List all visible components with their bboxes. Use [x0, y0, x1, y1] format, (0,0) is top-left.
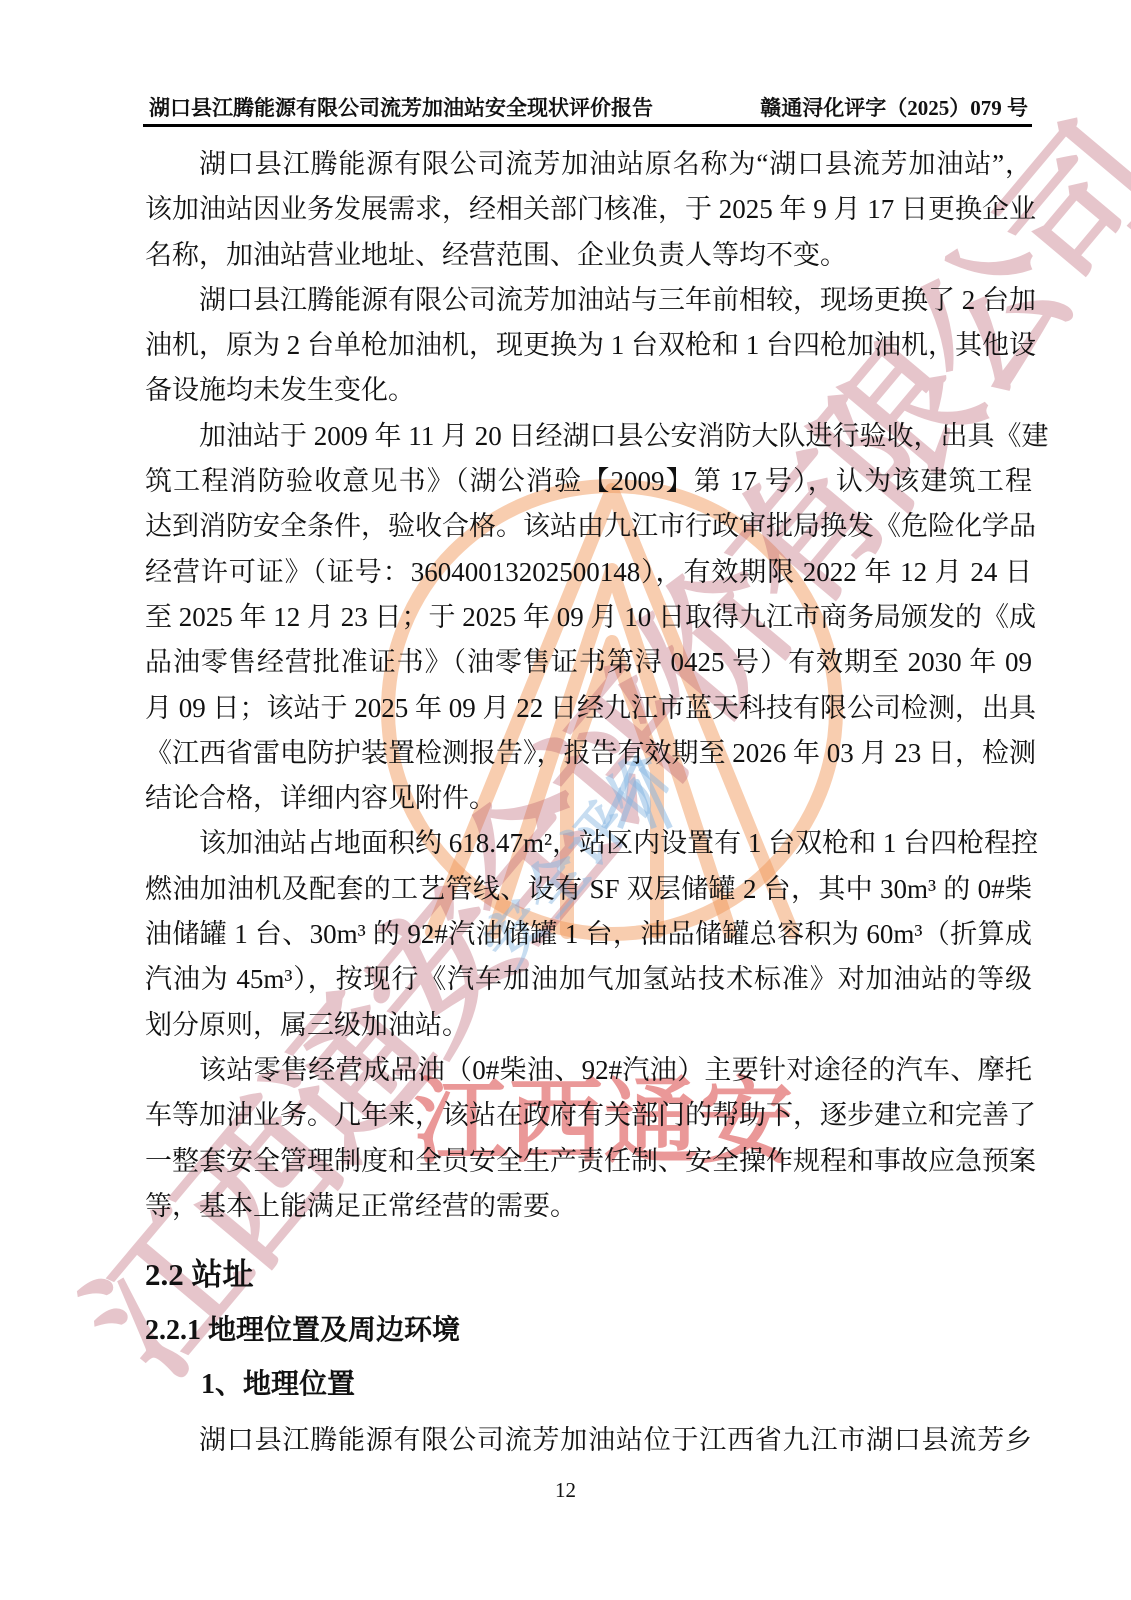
body-text-line: 筑工程消防验收意见书》（湖公消验【2009】第 17 号），认为该建筑工程: [145, 459, 1032, 504]
body-text-line: 一整套安全管理制度和全员安全生产责任制、安全操作规程和事故应急预案: [145, 1139, 1032, 1184]
header-rule: [143, 124, 1032, 127]
body-text-line: 车等加油业务。几年来，该站在政府有关部门的帮助下，逐步建立和完善了: [145, 1093, 1032, 1138]
body-text-line: 该站零售经营成品油（0#柴油、92#汽油）主要针对途径的汽车、摩托: [145, 1048, 1032, 1093]
page-header: 湖口县江腾能源有限公司流芳加油站安全现状评价报告 赣通浔化评字（2025）079…: [143, 92, 1032, 124]
header-report-title: 湖口县江腾能源有限公司流芳加油站安全现状评价报告: [149, 92, 653, 122]
body-text-line: 湖口县江腾能源有限公司流芳加油站原名称为“湖口县流芳加油站”，: [145, 142, 1032, 187]
body-text-line: 油储罐 1 台、30m³ 的 92#汽油储罐 1 台，油品储罐总容积为 60m³…: [145, 912, 1032, 957]
body-text-line: 该加油站占地面积约 618.47m²，站区内设置有 1 台双枪和 1 台四枪程控: [145, 821, 1032, 866]
body-text-line: 加油站于 2009 年 11 月 20 日经湖口县公安消防大队进行验收，出具《建: [145, 414, 1032, 459]
body-text-line: 划分原则，属三级加油站。: [145, 1003, 1032, 1048]
body-text-line: 油机，原为 2 台单枪加油机，现更换为 1 台双枪和 1 台四枪加油机，其他设: [145, 323, 1032, 368]
body-text-line: 汽油为 45m³），按现行《汽车加油加气加氢站技术标准》对加油站的等级: [145, 957, 1032, 1002]
body-text-line: 等，基本上能满足正常经营的需要。: [145, 1184, 1032, 1229]
header-document-number: 赣通浔化评字（2025）079 号: [760, 92, 1028, 122]
section-heading-2-2: 2.2 站址: [145, 1255, 1032, 1295]
body-text-line: 结论合格，详细内容见附件。: [145, 776, 1032, 821]
section-heading-2-2-1: 2.2.1 地理位置及周边环境: [145, 1311, 1032, 1351]
body-text-line: 燃油加油机及配套的工艺管线、设有 SF 双层储罐 2 台，其中 30m³ 的 0…: [145, 867, 1032, 912]
body-text-line: 至 2025 年 12 月 23 日；于 2025 年 09 月 10 日取得九…: [145, 595, 1032, 640]
body-text-line: 该加油站因业务发展需求，经相关部门核准，于 2025 年 9 月 17 日更换企…: [145, 187, 1032, 232]
body-text-line: 月 09 日；该站于 2025 年 09 月 22 日经九江市蓝天科技有限公司检…: [145, 686, 1032, 731]
body-text-line: 《江西省雷电防护装置检测报告》，报告有效期至 2026 年 03 月 23 日，…: [145, 731, 1032, 776]
body-text-line: 达到消防安全条件，验收合格。该站由九江市行政审批局换发《危险化学品: [145, 504, 1032, 549]
body-text-line: 湖口县江腾能源有限公司流芳加油站位于江西省九江市湖口县流芳乡: [145, 1418, 1032, 1463]
body-text-line: 湖口县江腾能源有限公司流芳加油站与三年前相较，现场更换了 2 台加: [145, 278, 1032, 323]
body-text-line: 备设施均未发生变化。: [145, 368, 1032, 413]
body-text-line: 品油零售经营批准证书》（油零售证书第浔 0425 号）有效期至 2030 年 0…: [145, 640, 1032, 685]
page-number: 12: [0, 1478, 1131, 1503]
subheading-geographic-location: 1、地理位置: [145, 1365, 1032, 1405]
body-text-line: 经营许可证》（证号：36040013202500148），有效期限 2022 年…: [145, 550, 1032, 595]
document-page: 江西通安全评价有限公司 安全评价 江西通安 湖口县江腾能源有限公司流芳加油站安全…: [0, 0, 1131, 1600]
body-content: 湖口县江腾能源有限公司流芳加油站原名称为“湖口县流芳加油站”， 该加油站因业务发…: [145, 142, 1032, 1463]
body-text-line: 名称，加油站营业地址、经营范围、企业负责人等均不变。: [145, 233, 1032, 278]
